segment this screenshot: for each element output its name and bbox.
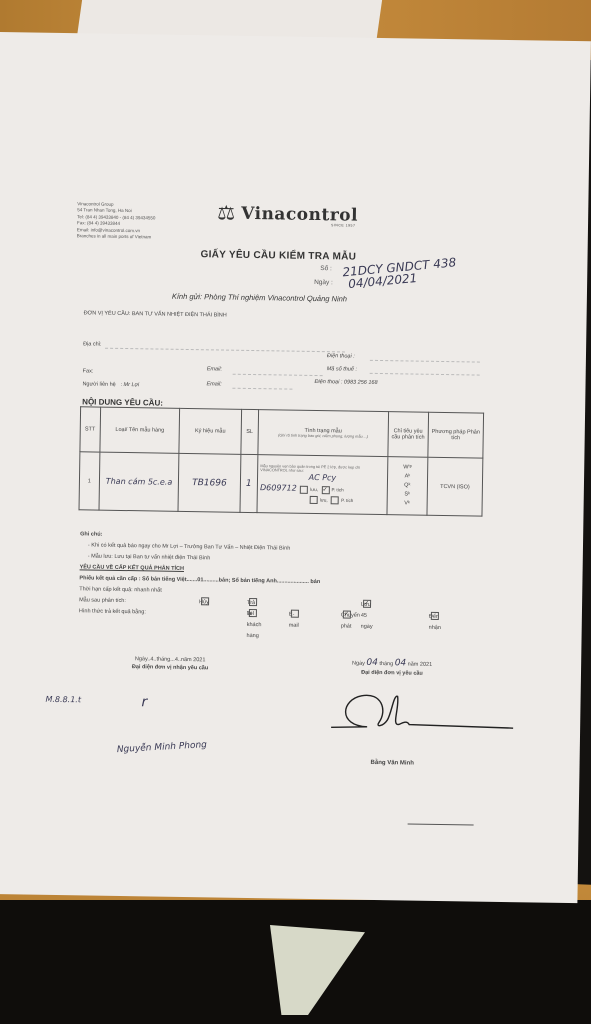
receiver-scribble: M.8.8.1.t: [45, 695, 81, 705]
nguoi-lien-he-value: Mr Lợi: [123, 382, 139, 388]
email-2-label: Email:: [206, 381, 221, 387]
cell-ten: Than cám 5c.e.a: [99, 452, 180, 511]
request-form: Vinacontrol Group 54 Tran Nhan Tong, Ha …: [68, 163, 508, 170]
don-vi-yeu-cau: ĐƠN VỊ YÊU CẦU: BAN TƯ VẤN NHIỆT ĐIỆN TH…: [84, 310, 227, 318]
ngay-label: Ngày :: [314, 279, 333, 286]
dien-thoai-1-label: Điện thoại :: [327, 353, 355, 359]
bottom-line: [408, 824, 474, 826]
document-title: GIẤY YÊU CẦU KIỂM TRA MẪU: [200, 249, 356, 262]
scales-icon: ⚖: [217, 201, 241, 225]
header-ky-hieu: Ký hiệu mẫu: [179, 408, 241, 454]
signature-stroke: [327, 685, 518, 758]
header-ten: Loại/ Tên mẫu hàng: [100, 407, 180, 453]
dia-chi-label: Địa chỉ:: [83, 341, 101, 347]
cell-tinh-trang: Mẫu nguyên vẹn bảo quản trong túi PE 2 l…: [257, 455, 387, 515]
tinh-trang-note: (Ghi rõ tình trạng bao gói, niêm phong, …: [261, 433, 386, 439]
table-row: 1 Than cám 5c.e.a TB1696 1 Mẫu nguyên vẹ…: [79, 452, 483, 516]
email-2-line: [232, 388, 292, 390]
dien-thoai-2-label: Điện thoại :: [314, 379, 342, 385]
dien-thoai-2-value: 0983 256 168: [344, 379, 378, 386]
huy-checkbox[interactable]: [201, 597, 209, 605]
cell-ky-hieu: TB1696: [178, 453, 240, 512]
cell-chi-tieu: Wᵗᵖ Aᵏ Qᵏ Sᵏ Vᵏ: [387, 457, 428, 516]
ma-so-thue-line: [370, 373, 480, 376]
logo-since: SINCE 1957: [331, 223, 356, 227]
requester-title: Đại diện đơn vị yêu cầu: [312, 669, 472, 678]
luu-label-1: lưu,: [310, 487, 318, 492]
header-sl: SL: [240, 409, 258, 454]
ptich-label-1: P. tích: [331, 487, 343, 492]
chi-tieu-item: Vᵏ: [389, 499, 425, 509]
hinh-thuc-label: Hình thức trả kết quả bằng:: [79, 606, 146, 618]
requester-date: Ngày 04 tháng 04 năm 2021: [312, 657, 472, 670]
chuyen-phat-checkbox[interactable]: ✓: [343, 610, 351, 618]
receiver-initials: r: [141, 694, 147, 710]
tinh-trang-hand: AC Pcy: [260, 472, 385, 483]
thang-label: tháng: [379, 661, 393, 667]
company-branches: Branches in all main ports of Vietnam: [77, 233, 157, 241]
header-phuong-phap: Phương pháp Phân tích: [428, 412, 484, 458]
document-sheet: Vinacontrol Group 54 Tran Nhan Tong, Ha …: [0, 32, 591, 903]
ma-so-thue-label: Mã số thuế :: [327, 366, 357, 372]
cell-phuong-phap: TCVN (ISO): [427, 457, 483, 516]
requester-day: 04: [366, 658, 378, 668]
seal-row-1: D609712 lưu, ✓P. tích: [260, 483, 385, 495]
requester-signature-block: Ngày 04 tháng 04 năm 2021 Đại diện đơn v…: [312, 657, 472, 678]
email-checkbox[interactable]: [291, 610, 299, 618]
notes-section: Ghi chú: - Khi có kết quả báo ngay cho M…: [79, 529, 500, 624]
fax-label: Fax:: [83, 368, 94, 374]
ngay-label-2: Ngày: [352, 661, 365, 667]
luu-45-checkbox[interactable]: ✓: [363, 600, 371, 608]
requester-month: 04: [395, 658, 407, 668]
seal-row-2: lưu, P. tích: [260, 495, 385, 505]
header-stt: STT: [80, 407, 100, 452]
so-label: Số :: [320, 265, 332, 272]
ptich-label-2: P. tích: [341, 498, 353, 503]
requester-name: Bằng Văn Minh: [371, 760, 414, 767]
email-1-line: [233, 374, 323, 376]
logo-text: Vinacontrol: [241, 204, 358, 226]
mau-sau-label: Mẫu sau phân tích:: [79, 595, 126, 607]
company-info: Vinacontrol Group 54 Tran Nhan Tong, Ha …: [77, 201, 158, 241]
den-nhan-checkbox[interactable]: [431, 612, 439, 620]
requester-year: năm 2021: [408, 661, 433, 667]
tra-lai-checkbox[interactable]: [249, 598, 257, 606]
luu-checkbox-2[interactable]: [310, 496, 318, 504]
receiver-signature-block: Ngày..4..tháng...4..năm 2021 Đại diện đơ…: [110, 656, 230, 672]
header-tinh-trang: Tình trạng mẫu (Ghi rõ tình trạng bao gó…: [258, 410, 388, 457]
ptich-checkbox-1[interactable]: ✓: [321, 486, 329, 494]
receiver-date: Ngày..4..tháng...4..năm 2021: [110, 656, 230, 664]
cell-sl: 1: [240, 454, 259, 512]
tel-checkbox[interactable]: [249, 609, 257, 617]
kinh-gui: Kính gửi: Phòng Thí nghiệm Vinacontrol Q…: [172, 292, 347, 304]
cell-stt: 1: [79, 452, 100, 510]
luu-checkbox-1[interactable]: [300, 486, 308, 494]
header-chi-tieu: Chỉ tiêu yêu cầu phân tích: [388, 412, 429, 458]
seal-number: D609712: [260, 483, 297, 493]
dia-chi-line: [105, 348, 345, 353]
dien-thoai-1-line: [370, 360, 480, 363]
email-1-label: Email:: [207, 366, 222, 372]
receiver-title: Đại diện đơn vị nhận yêu cầu: [110, 664, 230, 672]
ptich-checkbox-2[interactable]: [331, 496, 339, 504]
luu-label-2: lưu,: [320, 497, 328, 502]
table-header-row: STT Loại/ Tên mẫu hàng Ký hiệu mẫu SL Tì…: [80, 407, 484, 458]
nguoi-lien-he-label: Người liên hệ: [82, 381, 115, 388]
receiver-name-handwritten: Nguyễn Minh Phong: [117, 740, 208, 755]
request-table: STT Loại/ Tên mẫu hàng Ký hiệu mẫu SL Tì…: [78, 406, 484, 516]
